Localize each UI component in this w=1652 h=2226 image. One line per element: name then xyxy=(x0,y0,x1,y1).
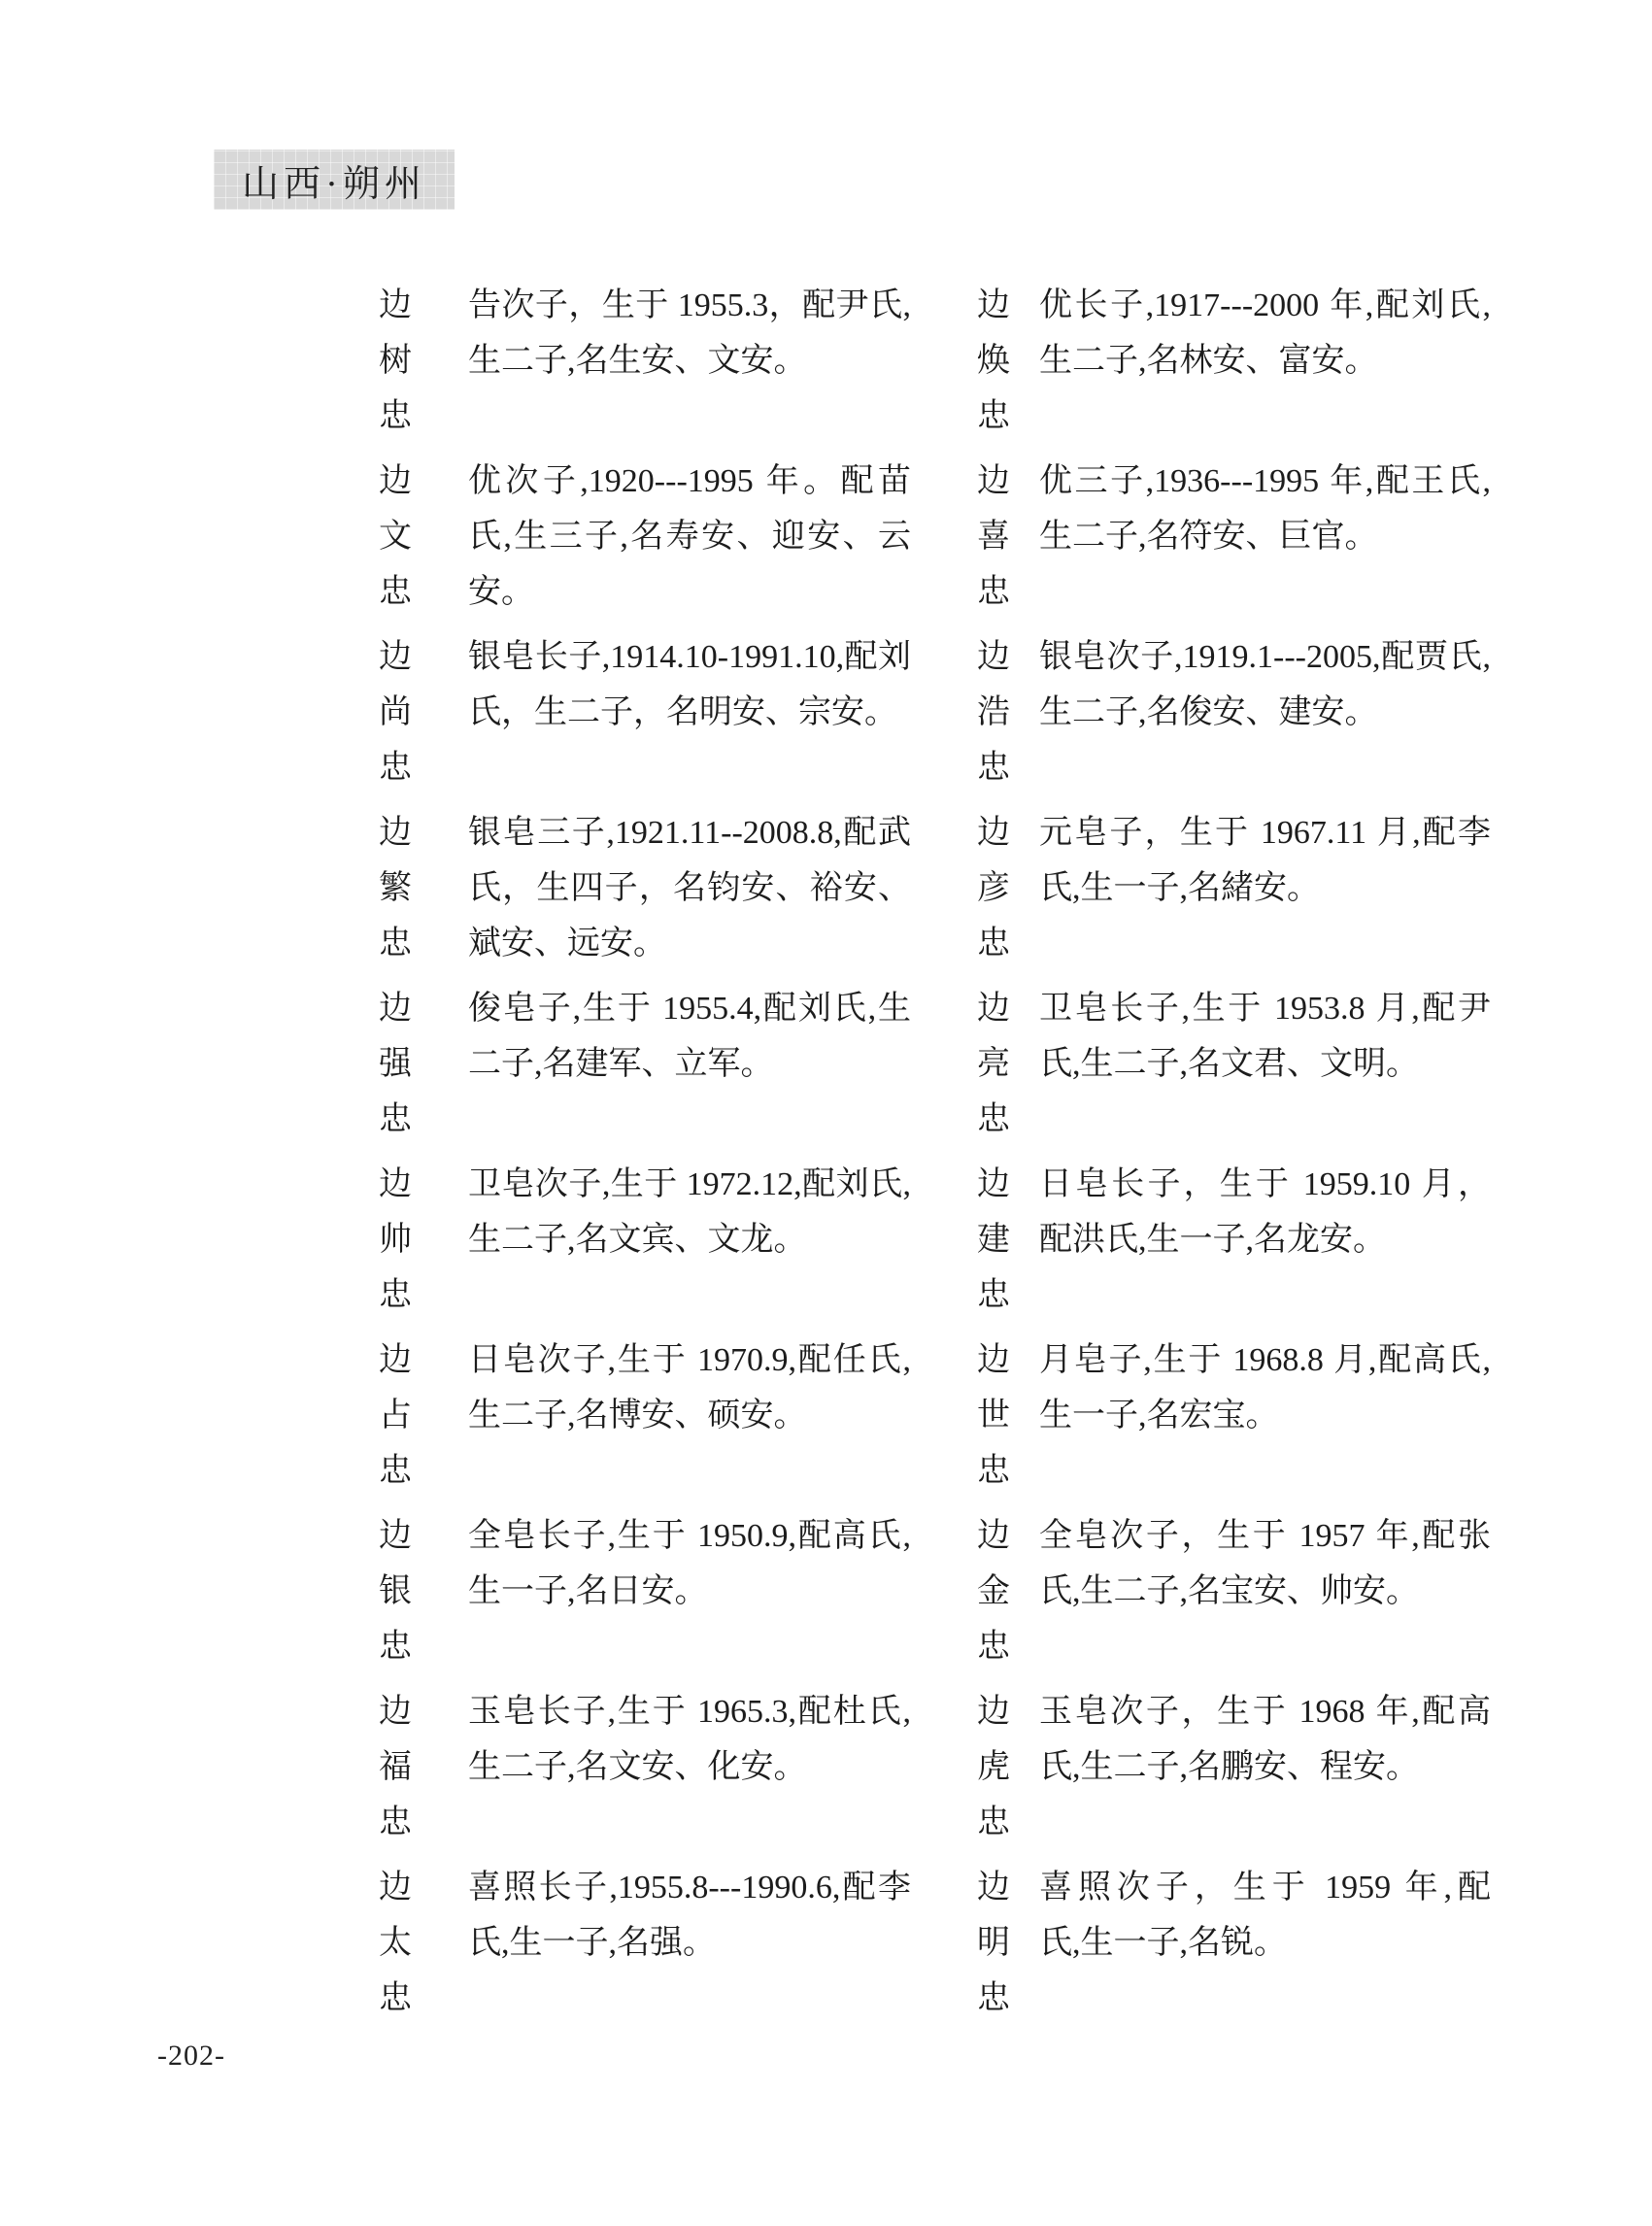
genealogy-entry: 边繁忠 银皂三子,1921.11--2008.8,配武氏，生四子，名钧安、裕安、… xyxy=(379,805,911,971)
entry-text: 日皂长子，生于 1959.10 月，配洪氏,生一子,名龙安。 xyxy=(1039,1157,1491,1267)
entry-text: 日皂次子,生于 1970.9,配任氏,生二子,名博安、硕安。 xyxy=(468,1332,911,1443)
genealogy-entry: 边喜忠 优三子,1936---1995 年,配王氏,生二子,名符安、巨官。 xyxy=(977,454,1491,620)
entry-name: 边虎忠 xyxy=(977,1684,1013,1850)
entry-name: 边彦忠 xyxy=(977,805,1013,971)
entry-row: 边尚忠 银皂长子,1914.10-1991.10,配刘氏，生二子，名明安、宗安。… xyxy=(379,629,1491,805)
entry-row: 边繁忠 银皂三子,1921.11--2008.8,配武氏，生四子，名钧安、裕安、… xyxy=(379,805,1491,981)
entry-row: 边文忠 优次子,1920---1995 年。配苗氏,生三子,名寿安、迎安、云安。… xyxy=(379,454,1491,629)
entry-text: 优三子,1936---1995 年,配王氏,生二子,名符安、巨官。 xyxy=(1039,454,1491,564)
entry-row: 边强忠 俊皂子,生于 1955.4,配刘氏,生二子,名建军、立军。 边亮忠 卫皂… xyxy=(379,981,1491,1157)
entry-name: 边浩忠 xyxy=(977,629,1013,795)
entry-text: 全皂次子，生于 1957 年,配张氏,生二子,名宝安、帅安。 xyxy=(1039,1508,1491,1619)
entry-text: 优次子,1920---1995 年。配苗氏,生三子,名寿安、迎安、云安。 xyxy=(468,454,911,620)
entry-text: 元皂子，生于 1967.11 月,配李氏,生一子,名緒安。 xyxy=(1039,805,1491,916)
genealogy-entry: 边彦忠 元皂子，生于 1967.11 月,配李氏,生一子,名緒安。 xyxy=(977,805,1491,971)
entry-text: 卫皂次子,生于 1972.12,配刘氏,生二子,名文宾、文龙。 xyxy=(468,1157,911,1267)
entry-name: 边太忠 xyxy=(379,1860,415,2026)
genealogy-entry: 边明忠 喜照次子，生于 1959 年,配 氏,生一子,名锐。 xyxy=(977,1860,1491,2026)
entry-text: 喜照次子，生于 1959 年,配 氏,生一子,名锐。 xyxy=(1039,1860,1491,1971)
genealogy-entry: 边树忠 告次子，生于 1955.3，配尹氏,生二子,名生安、文安。 xyxy=(379,278,911,444)
entry-name: 边帅忠 xyxy=(379,1157,415,1323)
genealogy-content: 边树忠 告次子，生于 1955.3，配尹氏,生二子,名生安、文安。 边焕忠 优长… xyxy=(379,278,1491,2036)
entry-text: 喜照长子,1955.8---1990.6,配李氏,生一子,名强。 xyxy=(468,1860,911,1971)
page-number: -202- xyxy=(157,2040,225,2073)
entry-name: 边文忠 xyxy=(379,454,415,620)
genealogy-entry: 边占忠 日皂次子,生于 1970.9,配任氏,生二子,名博安、硕安。 xyxy=(379,1332,911,1499)
entry-text: 卫皂长子,生于 1953.8 月,配尹氏,生二子,名文君、文明。 xyxy=(1039,981,1491,1092)
genealogy-entry: 边帅忠 卫皂次子,生于 1972.12,配刘氏,生二子,名文宾、文龙。 xyxy=(379,1157,911,1323)
genealogy-entry: 边世忠 月皂子,生于 1968.8 月,配高氏,生一子,名宏宝。 xyxy=(977,1332,1491,1499)
entry-text: 玉皂次子，生于 1968 年,配高氏,生二子,名鹏安、程安。 xyxy=(1039,1684,1491,1795)
genealogy-entry: 边建忠 日皂长子，生于 1959.10 月，配洪氏,生一子,名龙安。 xyxy=(977,1157,1491,1323)
genealogy-entry: 边虎忠 玉皂次子，生于 1968 年,配高氏,生二子,名鹏安、程安。 xyxy=(977,1684,1491,1850)
entry-text: 银皂长子,1914.10-1991.10,配刘氏，生二子，名明安、宗安。 xyxy=(468,629,911,740)
region-header-badge: 山西·朔州 xyxy=(214,150,455,210)
entry-text: 全皂长子,生于 1950.9,配高氏,生一子,名日安。 xyxy=(468,1508,911,1619)
genealogy-entry: 边浩忠 银皂次子,1919.1---2005,配贾氏,生二子,名俊安、建安。 xyxy=(977,629,1491,795)
genealogy-entry: 边亮忠 卫皂长子,生于 1953.8 月,配尹氏,生二子,名文君、文明。 xyxy=(977,981,1491,1147)
entry-text: 银皂次子,1919.1---2005,配贾氏,生二子,名俊安、建安。 xyxy=(1039,629,1491,740)
genealogy-entry: 边金忠 全皂次子，生于 1957 年,配张氏,生二子,名宝安、帅安。 xyxy=(977,1508,1491,1674)
genealogy-entry: 边太忠 喜照长子,1955.8---1990.6,配李氏,生一子,名强。 xyxy=(379,1860,911,2026)
entry-text: 优长子,1917---2000 年,配刘氏,生二子,名林安、富安。 xyxy=(1039,278,1491,388)
genealogy-entry: 边银忠 全皂长子,生于 1950.9,配高氏,生一子,名日安。 xyxy=(379,1508,911,1674)
entry-row: 边福忠 玉皂长子,生于 1965.3,配杜氏,生二子,名文安、化安。 边虎忠 玉… xyxy=(379,1684,1491,1860)
entry-name: 边树忠 xyxy=(379,278,415,444)
entry-name: 边世忠 xyxy=(977,1332,1013,1499)
genealogy-entry: 边焕忠 优长子,1917---2000 年,配刘氏,生二子,名林安、富安。 xyxy=(977,278,1491,444)
entry-name: 边明忠 xyxy=(977,1860,1013,2026)
entry-name: 边尚忠 xyxy=(379,629,415,795)
genealogy-entry: 边强忠 俊皂子,生于 1955.4,配刘氏,生二子,名建军、立军。 xyxy=(379,981,911,1147)
entry-name: 边银忠 xyxy=(379,1508,415,1674)
entry-text: 告次子，生于 1955.3，配尹氏,生二子,名生安、文安。 xyxy=(468,278,911,388)
genealogy-entry: 边福忠 玉皂长子,生于 1965.3,配杜氏,生二子,名文安、化安。 xyxy=(379,1684,911,1850)
entry-name: 边建忠 xyxy=(977,1157,1013,1323)
entry-name: 边繁忠 xyxy=(379,805,415,971)
entry-row: 边占忠 日皂次子,生于 1970.9,配任氏,生二子,名博安、硕安。 边世忠 月… xyxy=(379,1332,1491,1508)
entry-row: 边树忠 告次子，生于 1955.3，配尹氏,生二子,名生安、文安。 边焕忠 优长… xyxy=(379,278,1491,454)
entry-name: 边占忠 xyxy=(379,1332,415,1499)
entry-row: 边帅忠 卫皂次子,生于 1972.12,配刘氏,生二子,名文宾、文龙。 边建忠 … xyxy=(379,1157,1491,1332)
entry-row: 边太忠 喜照长子,1955.8---1990.6,配李氏,生一子,名强。 边明忠… xyxy=(379,1860,1491,2036)
entry-text: 玉皂长子,生于 1965.3,配杜氏,生二子,名文安、化安。 xyxy=(468,1684,911,1795)
entry-name: 边焕忠 xyxy=(977,278,1013,444)
entry-name: 边强忠 xyxy=(379,981,415,1147)
genealogy-entry: 边文忠 优次子,1920---1995 年。配苗氏,生三子,名寿安、迎安、云安。 xyxy=(379,454,911,620)
entry-text: 俊皂子,生于 1955.4,配刘氏,生二子,名建军、立军。 xyxy=(468,981,911,1092)
entry-name: 边金忠 xyxy=(977,1508,1013,1674)
entry-name: 边喜忠 xyxy=(977,454,1013,620)
genealogy-entry: 边尚忠 银皂长子,1914.10-1991.10,配刘氏，生二子，名明安、宗安。 xyxy=(379,629,911,795)
entry-name: 边亮忠 xyxy=(977,981,1013,1147)
entry-text: 银皂三子,1921.11--2008.8,配武氏，生四子，名钧安、裕安、斌安、远… xyxy=(468,805,911,971)
entry-row: 边银忠 全皂长子,生于 1950.9,配高氏,生一子,名日安。 边金忠 全皂次子… xyxy=(379,1508,1491,1684)
entry-name: 边福忠 xyxy=(379,1684,415,1850)
entry-text: 月皂子,生于 1968.8 月,配高氏,生一子,名宏宝。 xyxy=(1039,1332,1491,1443)
